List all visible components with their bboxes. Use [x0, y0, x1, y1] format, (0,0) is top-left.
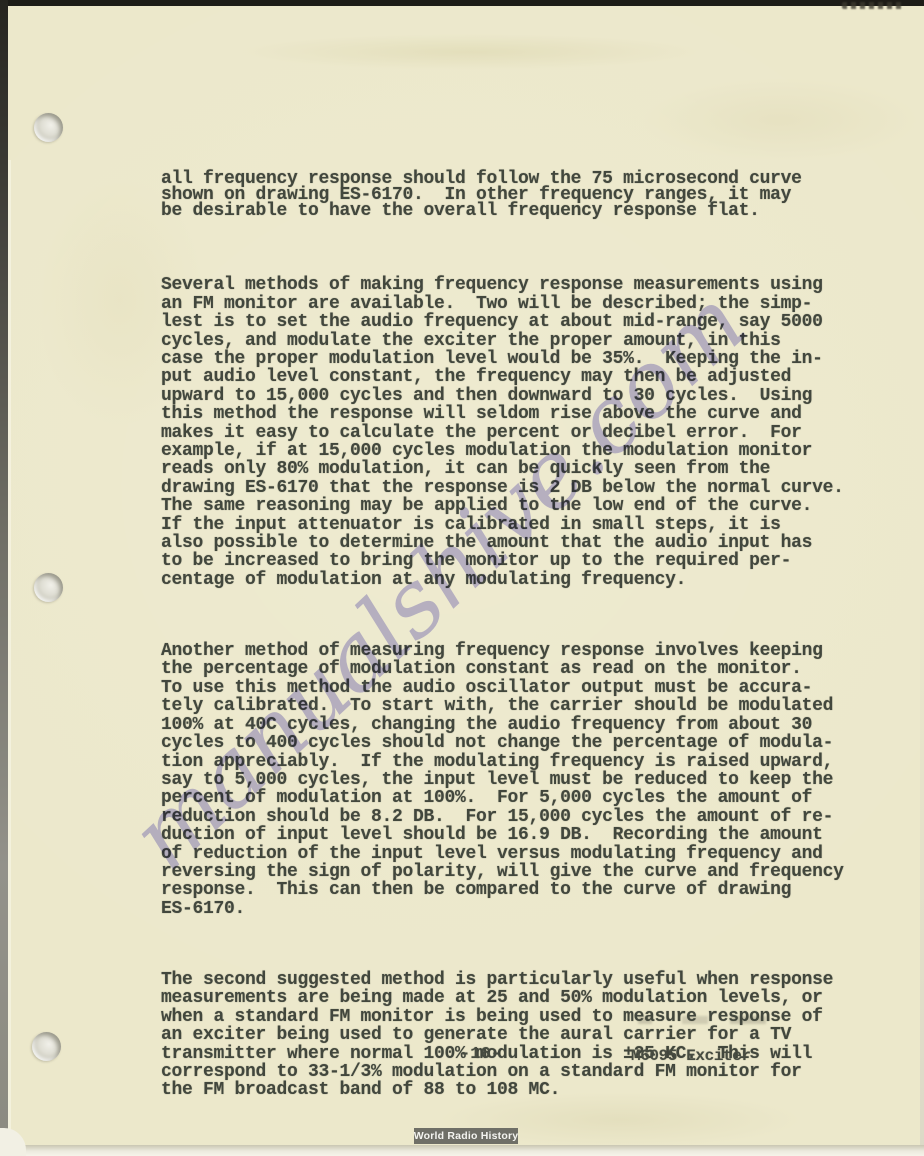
scan-edge-top [0, 0, 924, 6]
doc-reference-label: M6095 Exciter [631, 1047, 751, 1065]
punch-hole-middle [34, 573, 63, 602]
paragraph-4: The second suggested method is particula… [161, 971, 844, 1100]
scan-edge-left-highlight [8, 160, 11, 1156]
archive-badge: World Radio History [414, 1128, 518, 1144]
scan-edge-right [920, 560, 924, 1156]
scanned-manual-page: all frequency response should follow the… [0, 0, 924, 1156]
scan-edge-left [0, 0, 8, 1156]
punch-hole-top [34, 113, 63, 142]
paragraph-1: all frequency response should follow the… [161, 172, 844, 220]
typewritten-body: all frequency response should follow the… [161, 135, 844, 1153]
pencil-scribble-top-right [842, 2, 904, 9]
punch-hole-bottom [32, 1032, 61, 1061]
page-number: -16- [460, 1045, 501, 1064]
